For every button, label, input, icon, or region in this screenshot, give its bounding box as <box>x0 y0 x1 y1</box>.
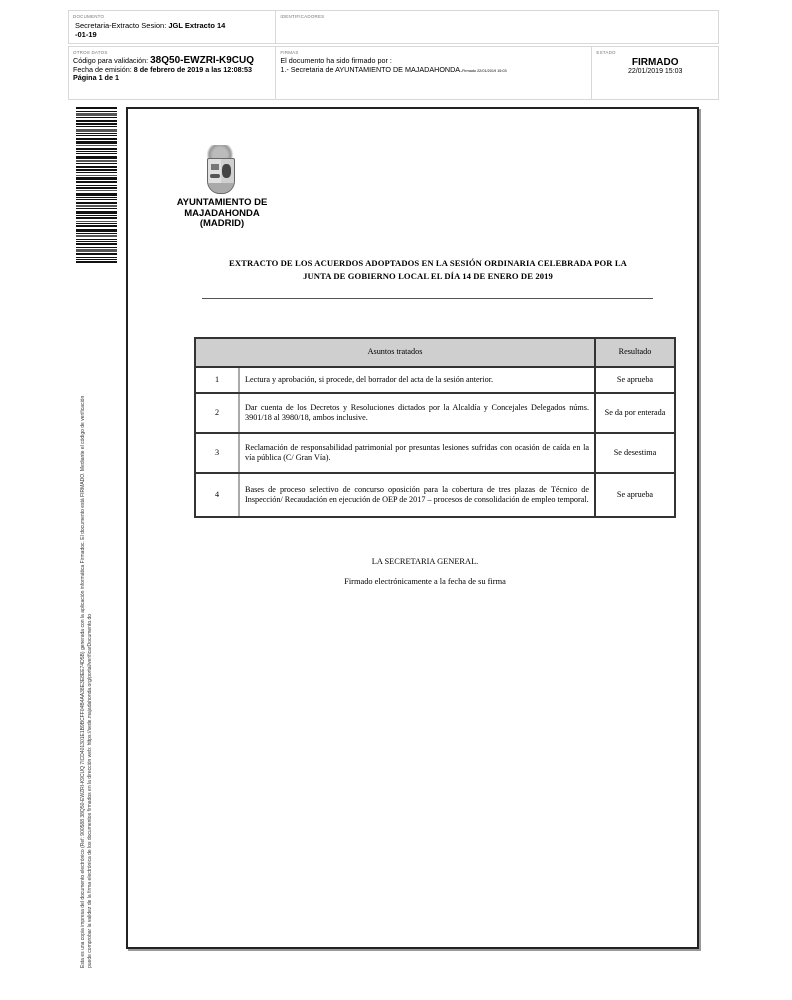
header-row-document: DOCUMENTO Secretaria-Extracto Sesion: JG… <box>68 10 719 44</box>
table-row: 3 Reclamación de responsabilidad patrimo… <box>195 433 675 473</box>
emission-date: 8 de febrero de 2019 a las 12:08:53 <box>134 65 252 74</box>
title-divider <box>202 298 653 299</box>
table-header-row: Asuntos tratados Resultado <box>195 338 675 367</box>
shield-icon <box>207 158 235 194</box>
row-subject: Reclamación de responsabilidad patrimoni… <box>239 433 595 473</box>
signer-date: Firmado 22/01/2019 15:03 <box>462 69 507 73</box>
row-number: 2 <box>195 393 239 433</box>
row-subject: Lectura y aprobación, si procede, del bo… <box>239 367 595 393</box>
row-result: Se da por enterada <box>595 393 675 433</box>
page-count: Página 1 de 1 <box>73 74 271 83</box>
column-header-subjects: Asuntos tratados <box>195 338 595 367</box>
coat-of-arms-icon <box>203 145 237 195</box>
row-number: 4 <box>195 473 239 517</box>
status-date: 22/01/2019 15:03 <box>596 68 714 75</box>
row-subject: Dar cuenta de los Decretos y Resolucione… <box>239 393 595 433</box>
documento-value: Secretaria-Extracto Sesion: JGL Extracto… <box>73 21 271 39</box>
row-number: 1 <box>195 367 239 393</box>
row-result: Se aprueba <box>595 473 675 517</box>
documento-cell: DOCUMENTO Secretaria-Extracto Sesion: JG… <box>69 11 275 43</box>
agreements-table: Asuntos tratados Resultado 1 Lectura y a… <box>194 337 676 518</box>
signer-line: 1.- Secretaria de AYUNTAMIENTO DE MAJADA… <box>280 66 587 76</box>
header-row-details: OTROS DATOS Código para validación: 38Q5… <box>68 46 719 100</box>
table-row: 2 Dar cuenta de los Decretos y Resolucio… <box>195 393 675 433</box>
estado-label: ESTADO <box>596 50 714 55</box>
firmas-label: FIRMAS <box>280 50 587 55</box>
row-result: Se aprueba <box>595 367 675 393</box>
document-title: EXTRACTO DE LOS ACUERDOS ADOPTADOS EN LA… <box>198 257 658 283</box>
signature-note: Firmado electrónicamente a la fecha de s… <box>300 577 550 586</box>
barcode <box>76 107 117 275</box>
otros-datos-cell: OTROS DATOS Código para validación: 38Q5… <box>69 47 275 99</box>
verification-legal-text: Esta es una copia impresa del documento … <box>80 268 93 968</box>
table-row: 4 Bases de proceso selectivo de concurso… <box>195 473 675 517</box>
estado-cell: ESTADO FIRMADO 22/01/2019 15:03 <box>591 47 718 99</box>
crown-icon <box>205 145 235 159</box>
row-number: 3 <box>195 433 239 473</box>
document-page-frame <box>126 107 699 949</box>
table-row: 1 Lectura y aprobación, si procede, del … <box>195 367 675 393</box>
signatory-title: LA SECRETARIA GENERAL. <box>300 557 550 566</box>
column-header-result: Resultado <box>595 338 675 367</box>
documento-label: DOCUMENTO <box>73 14 271 19</box>
firmas-cell: FIRMAS El documento ha sido firmado por … <box>275 47 591 99</box>
row-result: Se desestima <box>595 433 675 473</box>
row-subject: Bases de proceso selectivo de concurso o… <box>239 473 595 517</box>
identificadores-label: IDENTIFICADORES <box>280 14 714 19</box>
organization-name: AYUNTAMIENTO DE MAJADAHONDA (MADRID) <box>168 198 276 230</box>
identificadores-cell: IDENTIFICADORES <box>275 11 718 43</box>
status-badge: FIRMADO <box>596 57 714 68</box>
